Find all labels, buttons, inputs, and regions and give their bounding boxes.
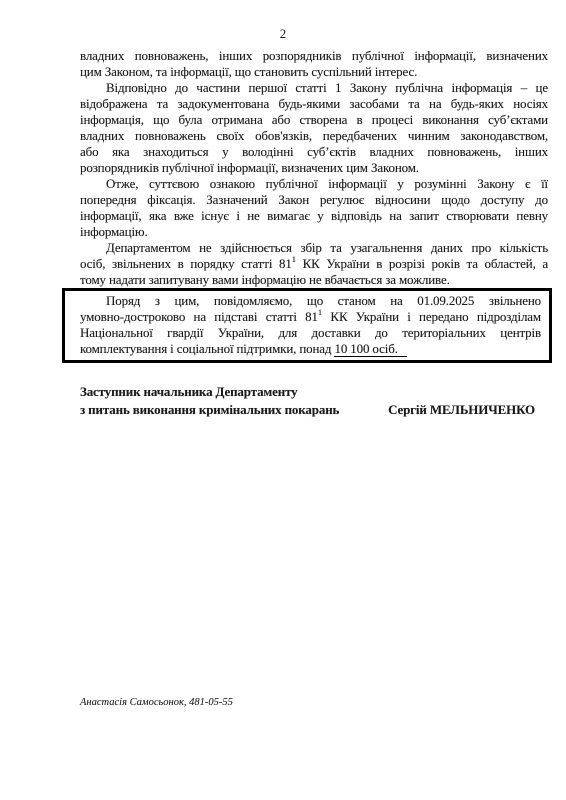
underlined-total: 10 100 осіб. [334, 341, 406, 357]
text-segment: комплектування і соціальної підтримки, п… [80, 341, 334, 356]
page-number: 2 [0, 26, 566, 42]
document-body: владних повноважень, інших розпорядників… [80, 48, 548, 419]
text-line: владних повноважень, інших розпорядників… [80, 48, 548, 64]
text-line: інформацію. [80, 224, 548, 240]
signer-role-line1: Заступник начальника Департаменту [80, 383, 548, 401]
text-line: Департаментом не здійснюється збір та уз… [80, 240, 548, 256]
signer-role-line2: з питань виконання кримінальних покарань [80, 401, 339, 419]
text-line: умовно-достроково на підставі статті 811… [80, 309, 541, 325]
paragraph-1: владних повноважень, інших розпорядників… [80, 48, 548, 80]
signer-name: Сергій МЕЛЬНИЧЕНКО [388, 401, 535, 419]
text-line: цим Законом, та інформації, що становить… [80, 64, 548, 80]
text-line: попередня фіксація. Зазначений Закон рег… [80, 192, 548, 208]
executor-contact: Анастасія Самосьонок, 481-05-55 [80, 697, 233, 708]
text-segment: осіб, звільнених в порядку статті 81 [80, 256, 292, 271]
text-line: або яка знаходиться у володінні суб’єкті… [80, 144, 548, 160]
paragraph-3: Отже, суттєвою ознакою публічної інформа… [80, 176, 548, 240]
highlight-box: Поряд з цим, повідомляємо, що станом на … [62, 288, 552, 363]
text-segment: КК України і передано підрозділам [322, 309, 541, 324]
signature-block: Заступник начальника Департаменту з пита… [80, 383, 548, 419]
text-line: осіб, звільнених в порядку статті 811 КК… [80, 256, 548, 272]
text-line: Поряд з цим, повідомляємо, що станом на … [80, 293, 541, 309]
text-line: комплектування і соціальної підтримки, п… [80, 341, 541, 357]
signature-row: з питань виконання кримінальних покарань… [80, 401, 548, 419]
paragraph-2: Відповідно до частини першої статті 1 За… [80, 80, 548, 176]
text-segment: умовно-достроково на підставі статті 81 [80, 309, 318, 324]
text-line: Отже, суттєвою ознакою публічної інформа… [80, 176, 548, 192]
text-line: інформація, що була отримана або створен… [80, 112, 548, 128]
text-line: інформації, яка вже існує і не вимагає у… [80, 208, 548, 224]
text-line: владних повноважень своїх обов'язків, пе… [80, 128, 548, 144]
text-line: тому надати запитувану вами інформацію н… [80, 272, 548, 288]
text-line: Національної гвардії України, для достав… [80, 325, 541, 341]
text-line: Відповідно до частини першої статті 1 За… [80, 80, 548, 96]
text-line: відображена та задокументована будь-яким… [80, 96, 548, 112]
text-segment: КК України в розрізі років та областей, … [296, 256, 548, 271]
paragraph-4: Департаментом не здійснюється збір та уз… [80, 240, 548, 288]
text-line: розпорядників публічної інформації, визн… [80, 160, 548, 176]
